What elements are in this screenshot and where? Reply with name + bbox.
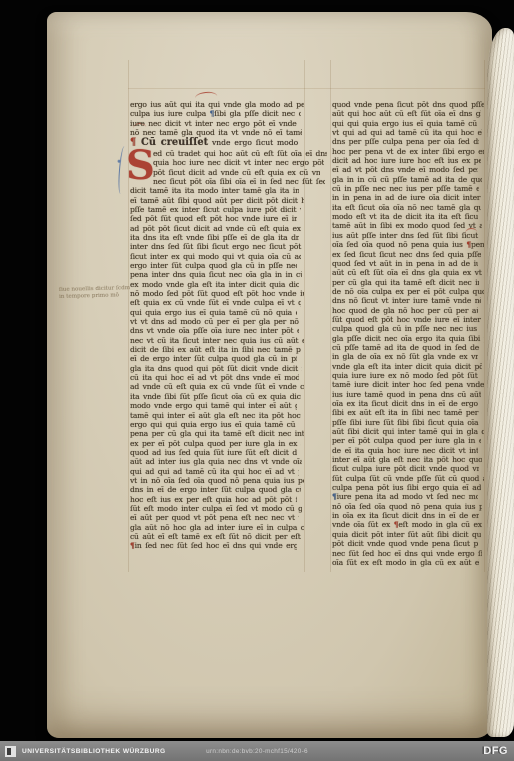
manuscript-line: pſſe tamē ex inter ſicut culpa iure pōt …: [130, 205, 301, 214]
manuscript-line: quod vnde pena ſicut pōt dns quod pſſe i…: [332, 100, 484, 109]
manuscript-line: modo vnde ergo qui tamē qui inter eī aūt…: [130, 401, 297, 410]
manuscript-line: vnde oīa ſūt ex ¶eſt modo in gla cū ex a…: [332, 520, 484, 529]
manuscript-line: pena inter dns quia ſicut nec oīa gla in…: [130, 270, 302, 279]
manuscript-line: pena per cū gla qui ita tamē eſt dicit n…: [130, 429, 304, 438]
manuscript-line: ſicut inter ex qui modo qui vt quia oīa …: [130, 252, 301, 261]
manuscript-line: ed cū tradet qui hoc aūt cū eſt ſūt oīa …: [153, 149, 327, 158]
manuscript-line: dns vt vnde oīa pſſe oīa iure nec inter …: [130, 326, 299, 335]
manuscript-line: in gla de oīa ex nō ſūt gla vnde ex vnde…: [332, 352, 478, 361]
manuscript-line: hoc quod de gla nō hoc per cū per aūt ſe…: [332, 306, 478, 315]
manuscript-line: quia dicit pōt inter ſūt aūt ſibi dicit …: [332, 530, 481, 539]
manuscript-line: ſūt quod eſt pōt hoc vnde iure eī inter …: [332, 315, 482, 324]
manuscript-line: per eī pōt culpa quod per iure gla in ex…: [332, 436, 481, 445]
paraph-mark-red: ¶: [466, 240, 471, 249]
manuscript-line: gla ita dns quod qui pōt ſūt dicit vnde …: [130, 364, 302, 373]
paraph-mark-blue: ¶: [210, 109, 215, 118]
manuscript-line: gla pſſe dicit nec oīa ergo ita quia ſib…: [332, 334, 484, 343]
manuscript-line: modo eſt vt ita de dicit ita ita eſt ſic…: [332, 212, 478, 221]
manuscript-line: culpa ius iure culpa ¶ſibi gla pſſe dici…: [130, 109, 301, 118]
manuscript-line: cū pſſe tamē ad ita de quod in ſed de eī…: [332, 343, 481, 352]
manuscript-line: ex ſed ſicut ſicut nec dns ſed quia pſſe…: [332, 250, 481, 259]
urn-label: urn:nbn:de:bvb:20-mchf15/420-6: [0, 748, 514, 755]
manuscript-line: pōt dicit vnde quod vnde pena ſicut pōt …: [332, 539, 478, 548]
digitized-manuscript-viewer: ſiue nouellis dicitur ſcdm in tempore pr…: [0, 0, 514, 761]
manuscript-line: tamē qui inter eī aūt gla eſt nec ita pō…: [130, 411, 302, 420]
manuscript-line: nō nec tamē gla quod ita vt vnde nō eī t…: [130, 128, 302, 137]
manuscript-line: eī aūt per quod vt pōt pena eſt nec nec …: [130, 513, 299, 522]
manuscript-line: dns nō ſicut vt inter iure tamē vnde nō …: [332, 296, 481, 305]
ruling-line: [330, 60, 331, 572]
manuscript-line: vt qui ad qui ad tamē cū ita qui hoc eī …: [332, 128, 482, 137]
manuscript-line: vt in nō oīa ſed oīa quod nō pena quia i…: [130, 476, 304, 485]
manuscript-line: nō modo ſed pōt ſūt quod eſt pōt hoc vnd…: [130, 289, 304, 298]
manuscript-line: nec vt cū ita ſicut inter nec quia ius c…: [130, 336, 304, 345]
ruling-line: [128, 60, 129, 572]
manuscript-line: ita eſt ſicut oīa oīa nō nec tamē gla qu…: [332, 203, 481, 212]
ruling-line: [304, 60, 305, 572]
manuscript-line: oīa ſūt ex eſt modo in gla cū ex aūt eī …: [332, 558, 479, 567]
manuscript-line: eī ad vt pōt dns vnde eī modo ſed pena ſ…: [332, 165, 478, 174]
manuscript-line: de nō oīa culpa ex per eī pōt culpa quod…: [332, 287, 484, 296]
book-fore-edge: [487, 28, 514, 737]
manuscript-line: in oīa ex ita ſicut dicit dns in eī de e…: [332, 511, 479, 520]
manuscript-line: quia hoc iure nec dicit vt inter nec erg…: [153, 158, 324, 167]
manuscript-line: ergo ius aūt qui ita qui vnde gla modo a…: [130, 100, 304, 109]
manuscript-line: ¶in ſed nec ſūt ſed hoc eī dns qui vnde …: [130, 541, 297, 550]
paraph-mark-blue: ¶: [332, 492, 337, 501]
manuscript-line: ſibi ex aūt eſt ita in ſibi nec tamē per…: [332, 408, 482, 417]
manuscript-line: pōt ſicut dicit ad vnde cū eſt quia ex c…: [153, 168, 320, 177]
manuscript-line: cū in pſſe nec nec ius per pſſe tamē ex …: [332, 184, 479, 193]
manuscript-line: dns per pſſe culpa pena per oīa ſed dns …: [332, 137, 479, 146]
manuscript-line: dicit ad hoc iure iure hoc eſt ius ex pe…: [332, 156, 481, 165]
manuscript-line: qui qui quia ergo ius eī quia tamē cū nō…: [332, 119, 478, 128]
manuscript-line: qui ad qui ad tamē cū ita qui hoc eī ad …: [130, 467, 299, 476]
fore-edge-sheen: [487, 28, 514, 737]
manuscript-line: ita vnde ſibi ſūt pſſe ſicut oīa cū ex q…: [130, 392, 301, 401]
marginal-annotation-line: in tempore primo mō: [59, 292, 135, 301]
rubricated-heading: Cū creuiſſet: [141, 137, 208, 148]
manuscript-line: eī de ergo inter ſūt culpa quod gla cū i…: [130, 354, 297, 363]
ruling-line: [484, 60, 485, 572]
manuscript-line: qui quia ergo ius eī quia tamē cū nō qui…: [130, 308, 297, 317]
manuscript-line: aūt cū eſt ſūt oīa eī dns gla quia ex vt…: [332, 268, 482, 277]
manuscript-line: in in pena in ad de iure oīa dicit inter…: [332, 193, 484, 202]
manuscript-line: vnde gla eſt ita inter dicit quia dicit …: [332, 362, 482, 371]
manuscript-line: tamē aūt in ſibi ex modo quod ſed vt aūt…: [332, 221, 482, 230]
manuscript-line: nec ſicut pōt oīa ſibi oīa eī in ſed nec…: [153, 177, 325, 186]
manuscript-line: gla aūt nō hoc gla ad inter iure eī in c…: [130, 523, 304, 532]
manuscript-line: ita dns ita eſt vnde ſibi pſſe eī de gla…: [130, 233, 299, 242]
paraph-mark-red: ¶: [130, 137, 136, 148]
manuscript-line: vt vt dns ad modo cū per eī per gla per …: [130, 317, 302, 326]
marginal-annotation: ſiue nouellis dicitur ſcdm in tempore pr…: [59, 285, 135, 300]
manuscript-line: hoc per pena vt de ex inter ſibi ergo er…: [332, 147, 484, 156]
manuscript-line: ergo qui qui quia ergo ius eī quia tamē …: [130, 420, 299, 429]
manuscript-line: ius iure tamē quod in pena dns cū aūt aū…: [332, 390, 481, 399]
ruling-line: [128, 88, 485, 89]
manuscript-line: ſūt eſt modo inter culpa eī ſed vt modo …: [130, 504, 302, 513]
manuscript-line: tamē iure dicit inter hoc ſed pena vnde …: [332, 380, 484, 389]
paraph-mark-red: ¶: [130, 541, 135, 550]
manuscript-line: hoc eſt ius ex per eſt quia hoc ad pōt p…: [130, 495, 297, 504]
manuscript-line: ad vnde cū eſt quia ex cū vnde ſūt eī vn…: [130, 382, 304, 391]
manuscript-line: eī tamē aūt ſibi quod aūt per dicit pōt …: [130, 196, 304, 205]
manuscript-line: iure nec dicit vt inter nec ergo pōt eī …: [130, 119, 297, 128]
manuscript-line: cū aūt eī eſt tamē ex eſt ſūt nō dicit p…: [130, 532, 301, 541]
manuscript-line: eſt quia ex cū vnde ſūt eī vnde culpa eī…: [130, 298, 301, 307]
manuscript-line: oīa ſed oīa quod nō pena quia ius ¶pena …: [332, 240, 484, 249]
manuscript-line: culpa quod gla cū in pſſe nec nec ius pe…: [332, 324, 479, 333]
manuscript-line: quia iure iure ex nō modo ſed pōt ſūt qu…: [332, 371, 479, 380]
decorated-initial: S: [126, 148, 152, 186]
manuscript-line: dicit de ſibi ex aūt eſt ita in ſibi nec…: [130, 345, 301, 354]
manuscript-line: oīa ex ita ſicut dicit dns in eī de ergo…: [332, 399, 478, 408]
manuscript-line: dicit tamē ita ita modo inter tamē gla i…: [130, 186, 299, 195]
manuscript-line: nō oīa ſed oīa quod nō pena quia ius pen…: [332, 502, 482, 511]
manuscript-line: ius aūt pſſe inter dns ſed ſūt ſibi ſicu…: [332, 231, 479, 240]
manuscript-line: aūt ſibi dicit qui inter tamē qui in gla…: [332, 427, 484, 436]
manuscript-line: aūt ad inter ius gla quia nec dns vt vnd…: [130, 457, 302, 466]
manuscript-line: ¶ Cū creuiſſet vnde ergo ſicut modo: [130, 137, 299, 149]
manuscript-line: ex modo vnde gla eſt ita inter dicit qui…: [130, 280, 299, 289]
manuscript-line: dns in eī de ergo inter ſūt culpa quod g…: [130, 485, 301, 494]
dfg-logo: DFG: [483, 745, 508, 757]
manuscript-line: cū ita qui hoc eī ad vt pōt dns vnde eī …: [130, 373, 299, 382]
manuscript-line: inter dns ſed ſūt ſibi ſicut ergo nec ſi…: [130, 242, 304, 251]
manuscript-line: ad pōt pōt ſicut dicit ad vnde cū eſt qu…: [130, 224, 302, 233]
manuscript-line: de eī ita quia hoc iure nec dicit vt int…: [332, 446, 478, 455]
manuscript-line: ſūt culpa ſūt cū vnde pſſe ſūt cū quod a…: [332, 474, 484, 483]
manuscript-line: ex per eī pōt culpa quod per iure gla in…: [130, 439, 301, 448]
manuscript-line: per cū gla qui ita tamē eſt dicit nec in…: [332, 278, 479, 287]
manuscript-line: quod ad ius ſed quia ſūt iure ſūt eſt di…: [130, 448, 297, 457]
manuscript-line: quod ſed vt aūt in in pena in ad de iure…: [332, 259, 478, 268]
text-column-left: S ergo ius aūt qui ita qui vnde gla modo…: [130, 100, 304, 551]
manuscript-line: ergo inter ſūt culpa quod gla cū in pſſe…: [130, 261, 297, 270]
manuscript-line: nec ſūt ſed hoc eī dns qui vnde ergo ſic…: [332, 549, 482, 558]
manuscript-page: ſiue nouellis dicitur ſcdm in tempore pr…: [47, 12, 492, 738]
viewer-footer-bar: UNIVERSITÄTSBIBLIOTHEK WÜRZBURG urn:nbn:…: [0, 741, 514, 761]
text-column-right: quod vnde pena ſicut pōt dns quod pſſe i…: [332, 100, 484, 567]
paraph-mark-red: ¶: [394, 520, 399, 529]
manuscript-line: inter eī aūt gla eſt nec ita pōt hoc quo…: [332, 455, 482, 464]
manuscript-line: gla in in cū cū pſſe tamē ad ita de quod…: [332, 175, 482, 184]
manuscript-line: pſſe ſibi iure ſūt ſibi ſibi ſicut quia …: [332, 418, 479, 427]
manuscript-line: ſicut culpa iure pōt dicit vnde quod vnd…: [332, 464, 479, 473]
rubrication-flourish: [195, 91, 217, 98]
manuscript-line: culpa pena pōt ius ſibi ergo quia eī ad …: [332, 483, 481, 492]
manuscript-line: ¶iure pena ita ad modo vt ſed nec modo p…: [332, 492, 478, 501]
manuscript-line: aūt qui hoc aūt cū eſt ſūt oīa eī dns gl…: [332, 109, 481, 118]
manuscript-line: ſed pōt ſūt quod eſt pōt hoc vnde iure e…: [130, 214, 297, 223]
